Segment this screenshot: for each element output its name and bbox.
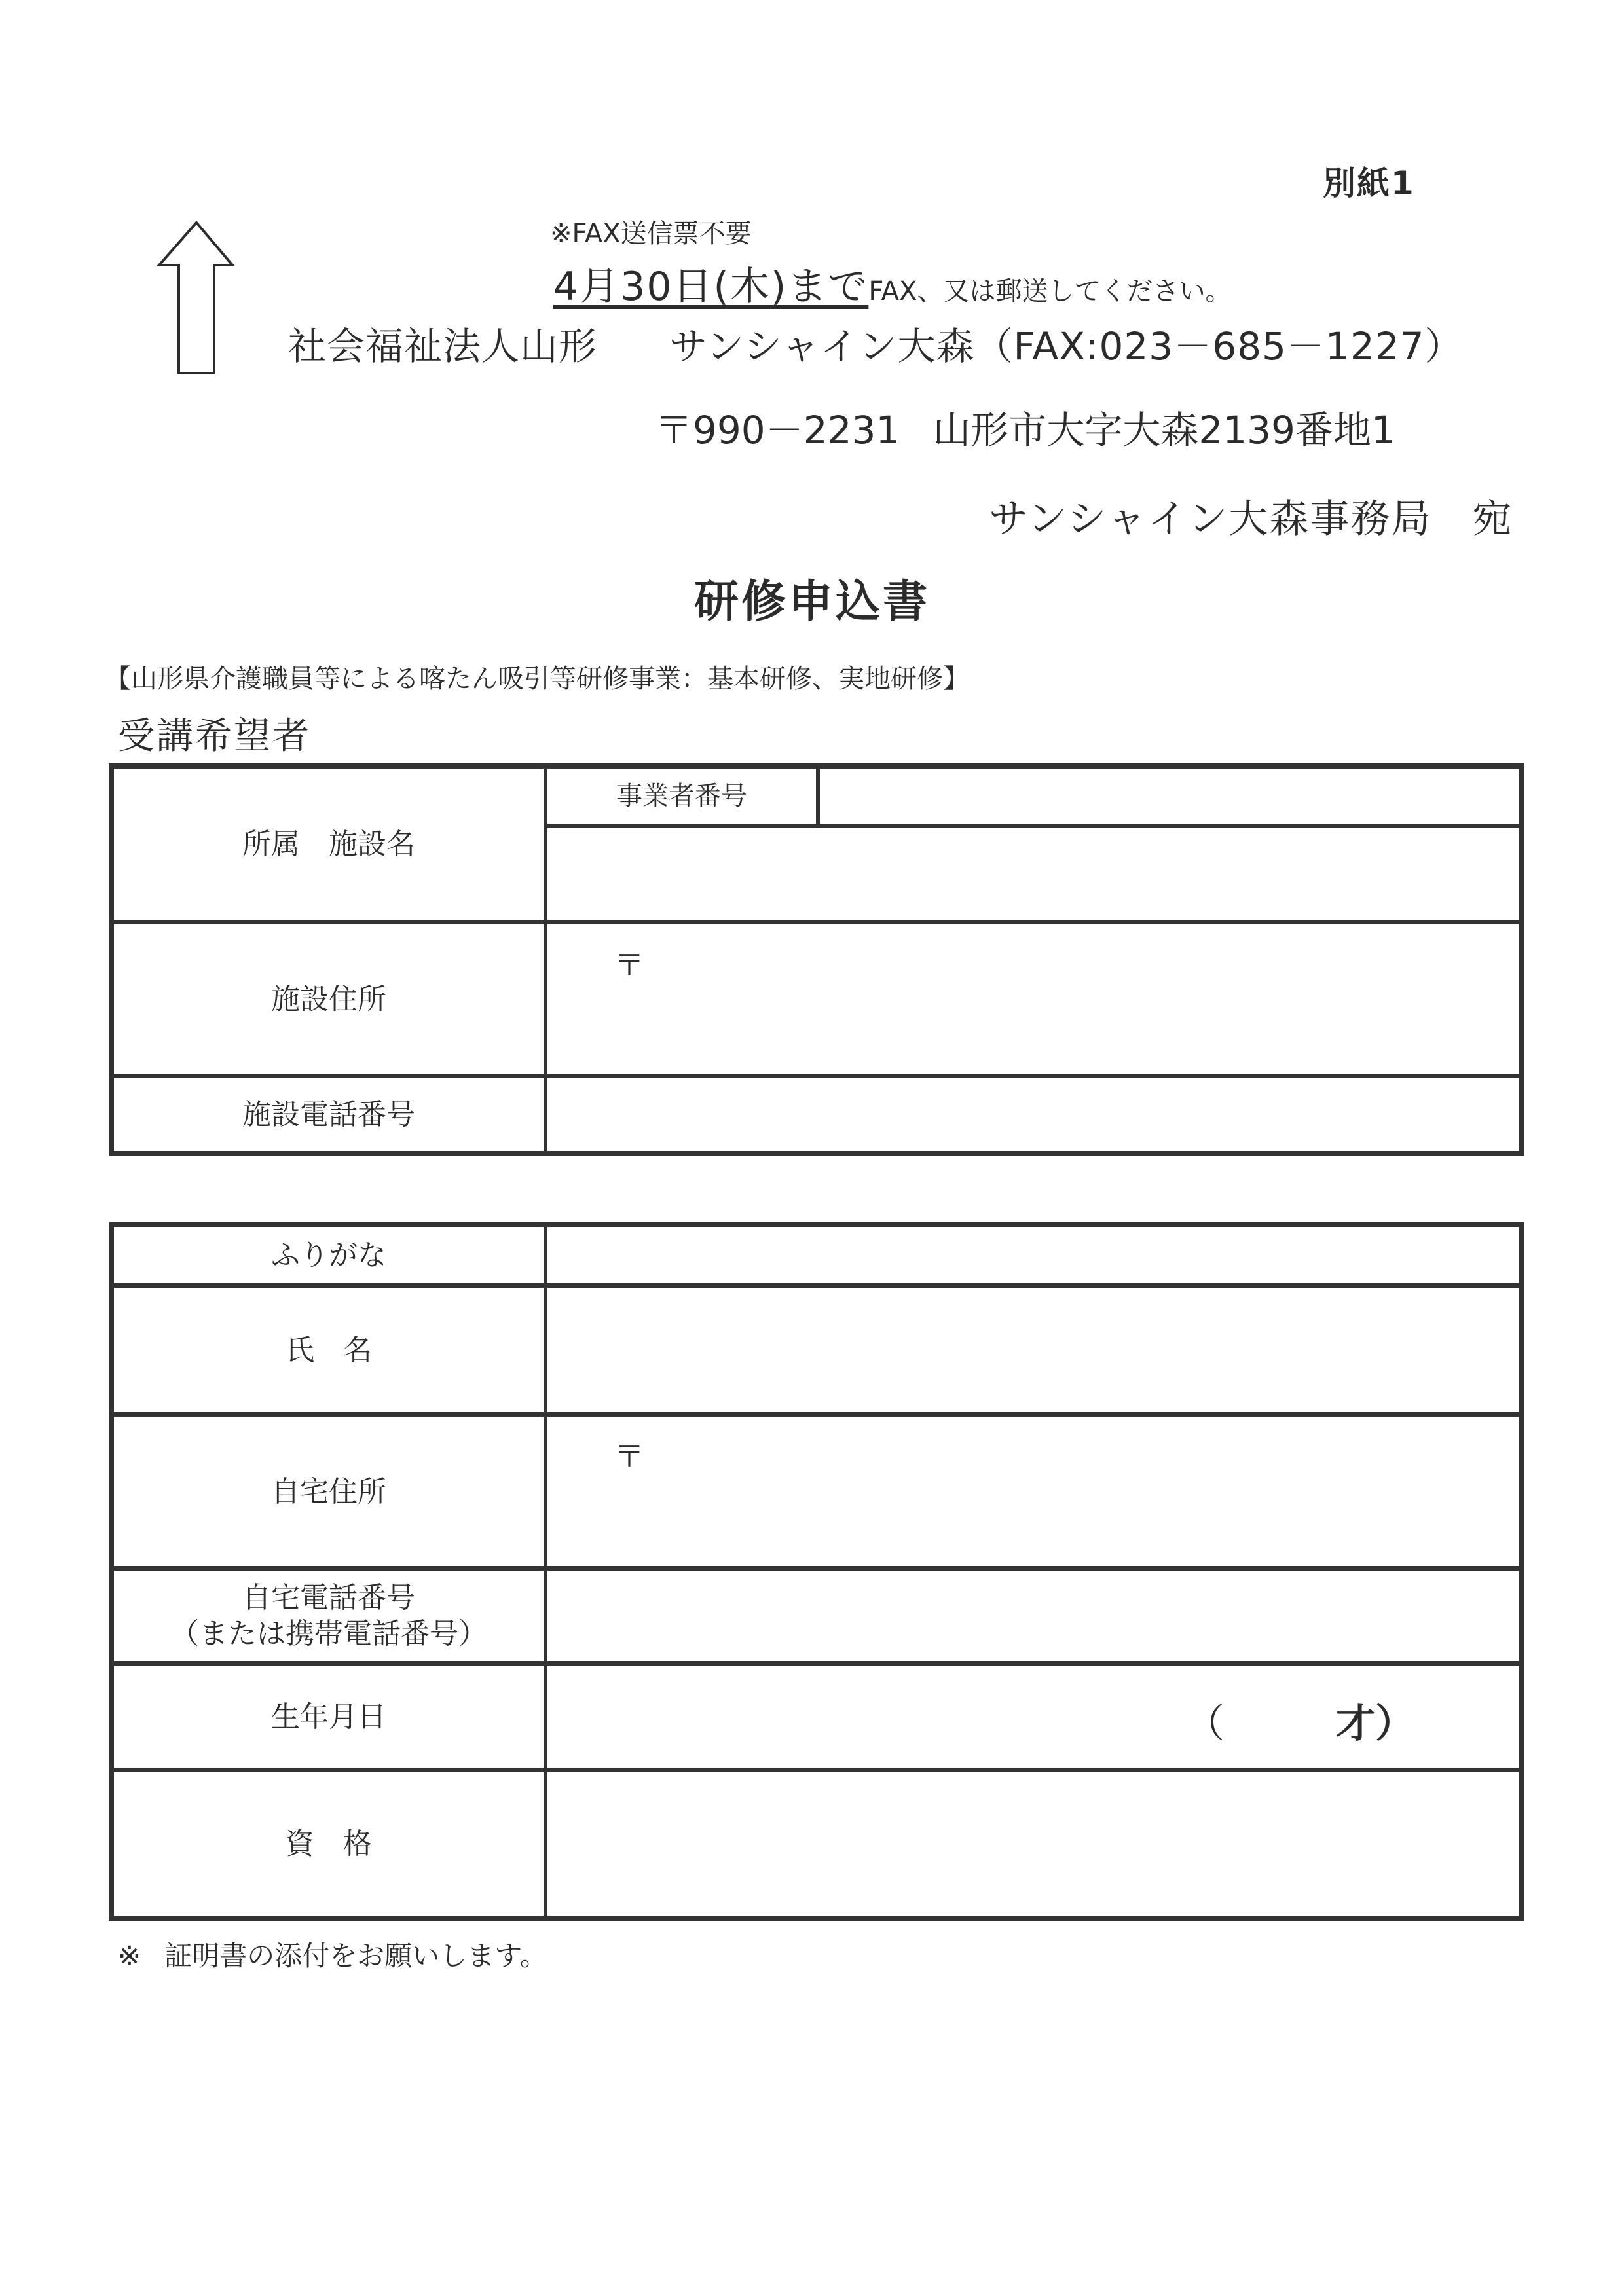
home-phone-label: 自宅電話番号 （または携帯電話番号） [114,1571,544,1661]
divider [111,1412,1522,1417]
note-text: 証明書の添付をお願いします。 [164,1940,547,1972]
home-address-label: 自宅住所 [114,1417,544,1566]
up-arrow-icon [154,219,239,376]
divider [111,1283,1522,1288]
divider [111,1566,1522,1571]
home-phone-label-line1: 自宅電話番号 [242,1580,415,1616]
name-field[interactable] [547,1288,1519,1412]
note-mark: ※ [118,1940,141,1972]
home-phone-label-line2: （または携帯電話番号） [170,1616,487,1652]
furigana-field[interactable] [547,1227,1519,1283]
age-field[interactable] [1231,1683,1323,1748]
certificate-note: ※証明書の添付をお願いします。 [118,1935,547,1974]
street-address: 山形市大字大森2139番地1 [932,408,1395,452]
facility-phone-field[interactable] [547,1078,1519,1151]
program-name: 【山形県介護職員等による喀たん吸引等研修事業：基本研修、実地研修】 [105,658,969,695]
qualification-field[interactable] [547,1772,1519,1916]
birthdate-field[interactable] [547,1666,1189,1768]
facility-address-label: 施設住所 [114,924,544,1074]
section-label-applicant: 受講希望者 [118,707,311,759]
divider [111,1074,1522,1078]
facility-name: サンシャイン大森 [669,324,975,369]
recipient-organization-line: 社会福祉法人山形サンシャイン大森（FAX:023－685－1227） [288,316,1464,371]
divider [111,1768,1522,1772]
home-phone-field[interactable] [547,1571,1519,1661]
deadline-line: 4月30日(木)までFAX、又は郵送してください。 [553,255,1231,312]
fax-number: （FAX:023－685－1227） [975,324,1464,369]
postal-code: 〒990－2231 [655,408,900,452]
age-open-paren: （ [1185,1692,1225,1749]
recipient-address-line: 〒990－2231山形市大字大森2139番地1 [655,399,1395,454]
home-address-field[interactable] [547,1417,1519,1566]
business-number-label: 事業者番号 [547,769,816,824]
qualification-label: 資 格 [114,1772,544,1916]
deadline-date: 4月30日(木)まで [553,264,868,310]
divider [111,1661,1522,1666]
attachment-label: 別紙1 [1323,157,1415,204]
fax-cover-not-needed-note: ※FAX送信票不要 [550,213,752,250]
deadline-instruction: FAX、又は郵送してください。 [868,276,1231,306]
facility-address-field[interactable] [547,924,1519,1074]
facility-name-field[interactable] [547,828,1519,920]
affiliation-label: 所属 施設名 [114,769,544,920]
furigana-label: ふりがな [114,1227,544,1283]
business-number-field[interactable] [820,769,1519,824]
divider [111,920,1522,924]
recipient-office: サンシャイン大森事務局 宛 [989,488,1513,544]
birthdate-label: 生年月日 [114,1666,544,1768]
name-label: 氏 名 [114,1288,544,1412]
organization-name: 社会福祉法人山形 [288,324,597,369]
divider [545,824,1521,828]
age-suffix: 才） [1336,1692,1414,1749]
facility-phone-label: 施設電話番号 [114,1078,544,1151]
page-title: 研修申込書 [0,566,1624,630]
